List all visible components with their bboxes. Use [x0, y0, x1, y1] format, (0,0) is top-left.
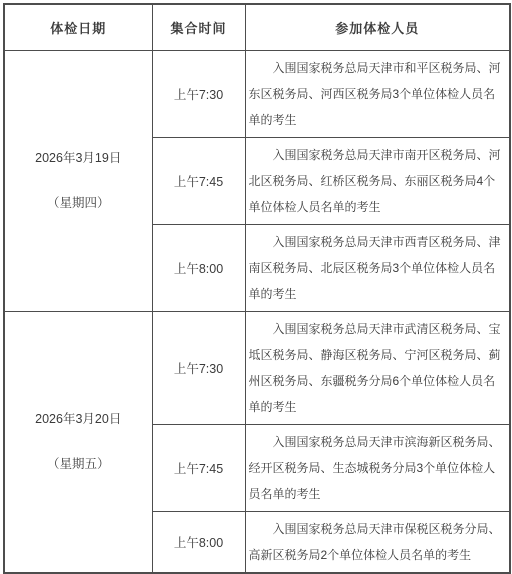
- date-text: 2026年3月20日: [6, 413, 151, 426]
- personnel-text: 入围国家税务总局天津市武清区税务局、宝坻区税务局、静海区税务局、宁河区税务局、蓟…: [249, 316, 506, 420]
- header-exam-date: 体检日期: [4, 4, 152, 50]
- header-personnel: 参加体检人员: [245, 4, 510, 50]
- time-cell: 上午7:30: [152, 50, 245, 137]
- personnel-text: 入围国家税务总局天津市西青区税务局、津南区税务局、北辰区税务局3个单位体检人员名…: [249, 229, 506, 307]
- personnel-text: 入围国家税务总局天津市和平区税务局、河东区税务局、河西区税务局3个单位体检人员名…: [249, 55, 506, 133]
- date-cell-day2: 2026年3月20日 （星期五）: [4, 311, 152, 573]
- exam-schedule-table: 体检日期 集合时间 参加体检人员 2026年3月19日 （星期四） 上午7:30…: [3, 3, 511, 574]
- time-cell: 上午7:45: [152, 424, 245, 511]
- personnel-text: 入围国家税务总局天津市滨海新区税务局、经开区税务局、生态城税务分局3个单位体检人…: [249, 429, 506, 507]
- time-cell: 上午8:00: [152, 511, 245, 573]
- time-cell: 上午7:30: [152, 311, 245, 424]
- personnel-cell: 入围国家税务总局天津市南开区税务局、河北区税务局、红桥区税务局、东丽区税务局4个…: [245, 137, 510, 224]
- personnel-cell: 入围国家税务总局天津市滨海新区税务局、经开区税务局、生态城税务分局3个单位体检人…: [245, 424, 510, 511]
- personnel-cell: 入围国家税务总局天津市保税区税务分局、高新区税务局2个单位体检人员名单的考生: [245, 511, 510, 573]
- personnel-text: 入围国家税务总局天津市南开区税务局、河北区税务局、红桥区税务局、东丽区税务局4个…: [249, 142, 506, 220]
- personnel-cell: 入围国家税务总局天津市和平区税务局、河东区税务局、河西区税务局3个单位体检人员名…: [245, 50, 510, 137]
- table-row: 2026年3月20日 （星期五） 上午7:30 入围国家税务总局天津市武清区税务…: [4, 311, 510, 424]
- weekday-text: （星期五）: [6, 458, 151, 471]
- date-text: 2026年3月19日: [6, 152, 151, 165]
- date-cell-day1: 2026年3月19日 （星期四）: [4, 50, 152, 311]
- time-cell: 上午7:45: [152, 137, 245, 224]
- personnel-cell: 入围国家税务总局天津市武清区税务局、宝坻区税务局、静海区税务局、宁河区税务局、蓟…: [245, 311, 510, 424]
- weekday-text: （星期四）: [6, 197, 151, 210]
- header-row: 体检日期 集合时间 参加体检人员: [4, 4, 510, 50]
- header-assembly-time: 集合时间: [152, 4, 245, 50]
- personnel-cell: 入围国家税务总局天津市西青区税务局、津南区税务局、北辰区税务局3个单位体检人员名…: [245, 224, 510, 311]
- time-cell: 上午8:00: [152, 224, 245, 311]
- personnel-text: 入围国家税务总局天津市保税区税务分局、高新区税务局2个单位体检人员名单的考生: [249, 516, 506, 568]
- page: 体检日期 集合时间 参加体检人员 2026年3月19日 （星期四） 上午7:30…: [0, 0, 512, 500]
- table-row: 2026年3月19日 （星期四） 上午7:30 入围国家税务总局天津市和平区税务…: [4, 50, 510, 137]
